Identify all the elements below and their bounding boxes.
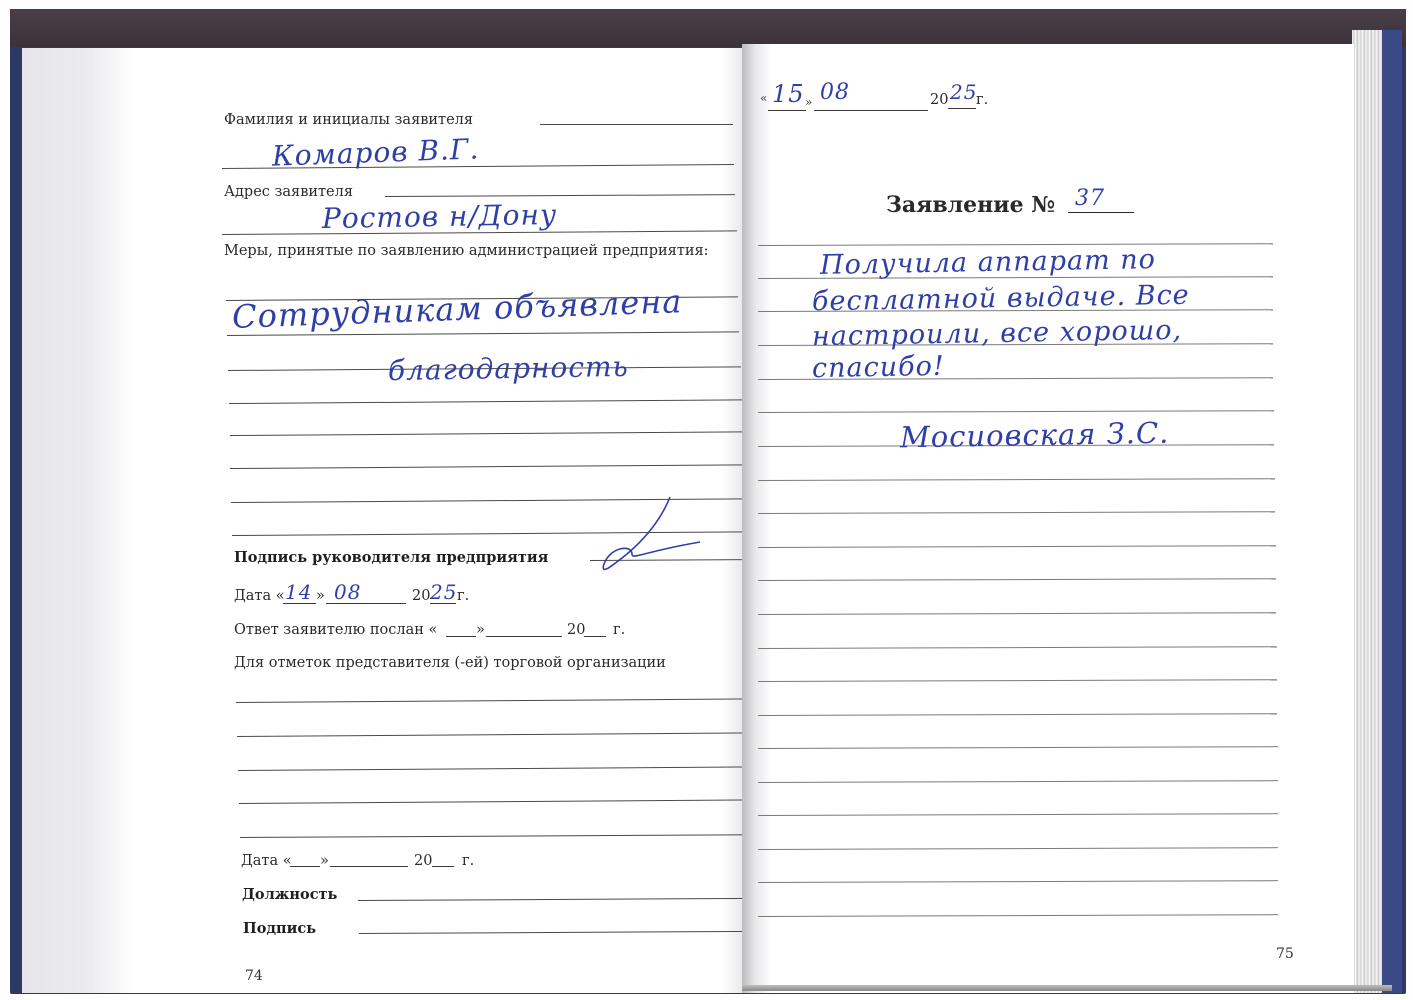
reply-sent-label: Ответ заявителю послан « [234,622,437,638]
signature-label: Подпись [243,920,316,937]
right-date-open: « [760,91,767,105]
date2-month-blank [330,866,408,867]
statement-text-line-3[interactable]: настроили, все хорошо, [812,315,1183,352]
cover-right-edge [1382,30,1402,993]
date1-day[interactable]: 14 [285,580,312,604]
page-edges [1352,30,1382,993]
reply-day-blank [446,636,476,637]
applicant-address-value[interactable]: Ростов н/Дону [322,198,558,235]
date1-year-prefix: 20 [412,588,430,604]
reply-suffix: г. [613,622,625,638]
right-date-month-blank [814,110,928,111]
right-page [742,44,1354,993]
statement-text-line-2[interactable]: бесплатной выдаче. Все [812,280,1190,318]
page-bottom-shadow [742,985,1392,991]
statement-number[interactable]: 37 [1075,186,1105,211]
date2-day-blank [290,866,320,867]
reply-sep: » [476,622,485,638]
right-page-number: 75 [1276,946,1294,962]
right-date-day-blank [768,110,806,111]
statement-text-line-1[interactable]: Получила аппарат по [820,244,1156,281]
statement-title: Заявление № [886,192,1055,218]
statement-signature[interactable]: Мосиовская З.С. [900,416,1170,455]
right-date-suffix: г. [976,92,988,108]
statement-number-blank [1068,212,1134,213]
right-date-year-prefix: 20 [930,92,948,108]
date2-sep: » [320,853,329,869]
date2-year-prefix: 20 [414,853,432,869]
right-date-day[interactable]: 15 [772,80,805,108]
applicant-name-line-1 [540,124,733,125]
statement-text-line-4[interactable]: спасибо! [812,351,945,384]
date2-suffix: г. [462,853,474,869]
date2-year-blank [432,866,454,867]
date2-label: Дата « [241,853,292,869]
right-date-month[interactable]: 08 [820,80,850,105]
right-date-year-suffix[interactable]: 25 [950,80,977,104]
applicant-name-label: Фамилия и инициалы заявителя [224,112,473,128]
right-date-sep: » [805,95,812,109]
manager-signature-mark[interactable] [592,492,707,582]
reply-year-prefix: 20 [567,622,585,638]
date1-suffix: г. [457,588,469,604]
date1-month[interactable]: 08 [334,580,361,604]
reply-year-blank [584,636,606,637]
trade-org-label: Для отметок представителя (-ей) торговой… [234,655,666,671]
book-cover-top-edge [10,9,1406,47]
date1-year-suffix[interactable]: 25 [430,580,457,604]
measures-text-line-2[interactable]: благодарность [388,350,629,387]
reply-month-blank [486,636,562,637]
position-label: Должность [242,886,337,903]
applicant-address-label: Адрес заявителя [224,184,353,200]
right-date-year-blank [948,108,976,109]
manager-signature-label: Подпись руководителя предприятия [234,549,548,566]
date1-label: Дата « [234,588,285,604]
date1-sep: » [316,588,325,604]
left-page-number: 74 [245,968,263,984]
measures-label: Меры, принятые по заявлению администраци… [224,243,709,259]
